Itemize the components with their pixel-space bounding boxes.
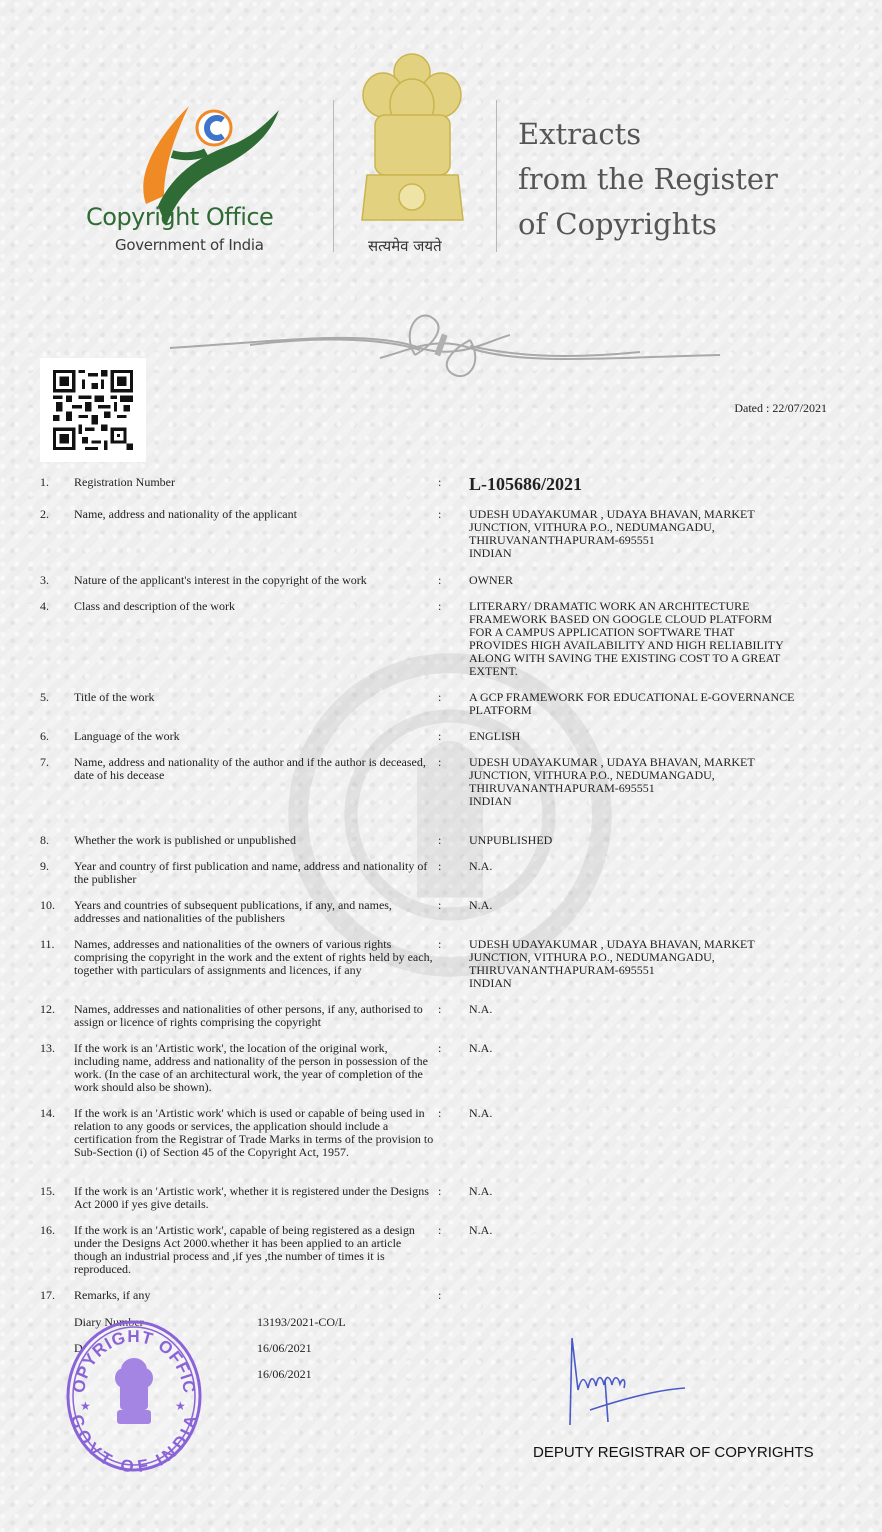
entry-value: N.A. [469,1042,839,1055]
entry-number: 4. [40,600,68,613]
entry-colon: : [438,834,441,847]
ornament-divider-icon [170,300,720,390]
document-title-line-2: from the Register [518,157,778,202]
date-value-2: 16/06/2021 [257,1367,312,1382]
entry-number: 9. [40,860,68,873]
entry-colon: : [438,938,441,951]
entry-colon: : [438,756,441,769]
entry-colon: : [438,1224,441,1237]
entry-value: N.A. [469,1224,839,1237]
entry-number: 12. [40,1003,68,1016]
entry-value: ENGLISH [469,730,839,743]
header-divider-left [333,100,334,252]
qr-code-icon [53,370,133,450]
registration-number: L-105686/2021 [469,474,839,494]
document-title-line-3: of Copyrights [518,202,778,247]
national-emblem-icon [355,50,470,235]
entry-value: N.A. [469,1107,839,1120]
entry-label: Whether the work is published or unpubli… [74,834,434,847]
entry-value: N.A. [469,899,839,912]
entry-colon: : [438,899,441,912]
entry-label: Class and description of the work [74,600,434,613]
entry-colon: : [438,1185,441,1198]
entry-number: 13. [40,1042,68,1055]
entry-colon: : [438,1107,441,1120]
entry-value: UDESH UDAYAKUMAR , UDAYA BHAVAN, MARKET … [469,938,839,990]
entry-value: N.A. [469,1003,839,1016]
entry-label: Years and countries of subsequent public… [74,899,434,925]
entry-label: Names, addresses and nationalities of ot… [74,1003,434,1029]
entry-colon: : [438,508,441,521]
entry-colon: : [438,1042,441,1055]
entry-label: Nature of the applicant's interest in th… [74,574,434,587]
entry-value: A GCP FRAMEWORK FOR EDUCATIONAL E-GOVERN… [469,691,839,717]
entry-label: If the work is an 'Artistic work', the l… [74,1042,434,1094]
diary-number-value: 13193/2021-CO/L [257,1315,346,1330]
entry-colon: : [438,691,441,704]
entry-label: Name, address and nationality of the app… [74,508,434,521]
national-motto: सत्यमेव जयते [368,236,442,256]
entry-value: N.A. [469,860,839,873]
official-stamp-icon: COPYRIGHT OFFICE GOVT OF INDIA ★ ★ [62,1318,204,1474]
header-divider-right [496,100,497,252]
document-title-line-1: Extracts [518,112,778,157]
entry-number: 7. [40,756,68,769]
entry-value: UNPUBLISHED [469,834,839,847]
entry-colon: : [438,600,441,613]
entry-label: Language of the work [74,730,434,743]
entry-number: 14. [40,1107,68,1120]
entry-number: 5. [40,691,68,704]
entry-label: Title of the work [74,691,434,704]
entry-label: If the work is an 'Artistic work', wheth… [74,1185,434,1211]
entry-value: OWNER [469,574,839,587]
entry-number: 16. [40,1224,68,1237]
entry-colon: : [438,730,441,743]
entry-label: Names, addresses and nationalities of th… [74,938,434,977]
entry-label: Registration Number [74,476,434,489]
office-subtitle: Government of India [115,236,264,254]
entry-colon: : [438,1289,441,1302]
entry-number: 2. [40,508,68,521]
entry-number: 17. [40,1289,68,1302]
entry-number: 15. [40,1185,68,1198]
entry-label: If the work is an 'Artistic work', capab… [74,1224,434,1276]
entry-colon: : [438,1003,441,1016]
entry-value: LITERARY/ DRAMATIC WORK AN ARCHITECTURE … [469,600,839,678]
entry-label: Name, address and nationality of the aut… [74,756,434,782]
entry-colon: : [438,860,441,873]
entry-number: 11. [40,938,68,951]
issue-date: Dated : 22/07/2021 [734,401,827,416]
svg-text:★: ★ [175,1399,186,1413]
date-value-1: 16/06/2021 [257,1341,312,1356]
entry-number: 10. [40,899,68,912]
entry-colon: : [438,476,441,489]
entry-number: 3. [40,574,68,587]
entry-value: N.A. [469,1185,839,1198]
entry-number: 6. [40,730,68,743]
entry-label: If the work is an 'Artistic work' which … [74,1107,434,1159]
document-title: Extracts from the Register of Copyrights [518,112,778,247]
signature-icon [560,1330,700,1430]
entry-number: 1. [40,476,68,489]
office-name: Copyright Office [86,203,273,231]
entry-label: Year and country of first publication an… [74,860,434,886]
entry-label: Remarks, if any [74,1289,434,1302]
entry-number: 8. [40,834,68,847]
entry-colon: : [438,574,441,587]
svg-text:★: ★ [80,1399,91,1413]
signatory-title: DEPUTY REGISTRAR OF COPYRIGHTS [533,1444,814,1461]
entry-value: UDESH UDAYAKUMAR , UDAYA BHAVAN, MARKET … [469,756,839,808]
entry-value: UDESH UDAYAKUMAR , UDAYA BHAVAN, MARKET … [469,508,839,560]
